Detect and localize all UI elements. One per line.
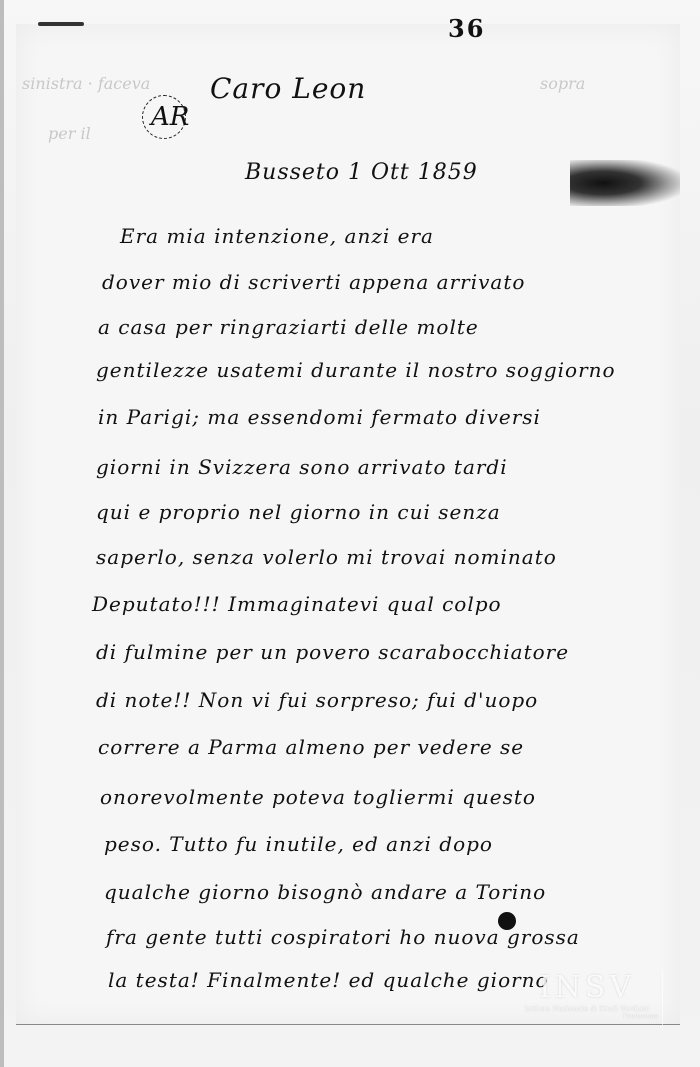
date-line: Busseto 1 Ott 1859 [245,160,478,185]
bleed-through-text: sinistra · faceva [22,74,150,93]
salutation: Caro Leon [210,72,366,105]
watermark-logo: INSV [512,970,662,1005]
ink-spot [498,912,516,930]
ink-blot [570,160,680,206]
letter-line: qui e proprio nel giorno in cui senza [96,500,501,524]
bleed-through-text: sopra [540,74,585,93]
insv-watermark: INSV Istituto Nazionale di Studi Verdian… [512,970,663,1030]
letter-line: la testa! Finalmente! ed qualche giorno [108,968,549,992]
letter-line: gentilezze usatemi durante il nostro sog… [96,358,616,382]
letter-line: onorevolmente poteva togliermi questo [100,785,536,809]
letter-line: di note!! Non vi fui sorpreso; fui d'uop… [96,688,538,712]
letter-line: a casa per ringraziarti delle molte [98,315,479,339]
watermark-institution: Istituto Nazionale di Studi Verdiani [512,1005,662,1013]
letter-line: Deputato!!! Immaginatevi qual colpo [92,592,502,616]
page-edge-shadow [0,0,4,1067]
letter-line: giorni in Svizzera sono arrivato tardi [96,455,508,479]
monogram-stamp-icon: AR [142,95,186,139]
paper-clip-mark [38,22,84,26]
letter-line: saperlo, senza volerlo mi trovai nominat… [96,545,557,569]
bleed-through-text: per il [48,124,91,143]
watermark-subtitle: Fondazione [512,1013,662,1020]
letter-line: di fulmine per un povero scarabocchiator… [96,640,569,664]
letter-line: qualche giorno bisognò andare a Torino [104,880,546,904]
monogram-text: AR [151,102,189,132]
page-number: 36 [448,14,485,43]
letter-line: peso. Tutto fu inutile, ed anzi dopo [104,832,493,856]
letter-line: dover mio di scriverti appena arrivato [102,270,525,294]
letter-line: Era mia intenzione, anzi era [120,224,434,248]
letter-line: correre a Parma almeno per vedere se [98,735,524,759]
letter-line: in Parigi; ma essendomi fermato diversi [98,405,541,429]
